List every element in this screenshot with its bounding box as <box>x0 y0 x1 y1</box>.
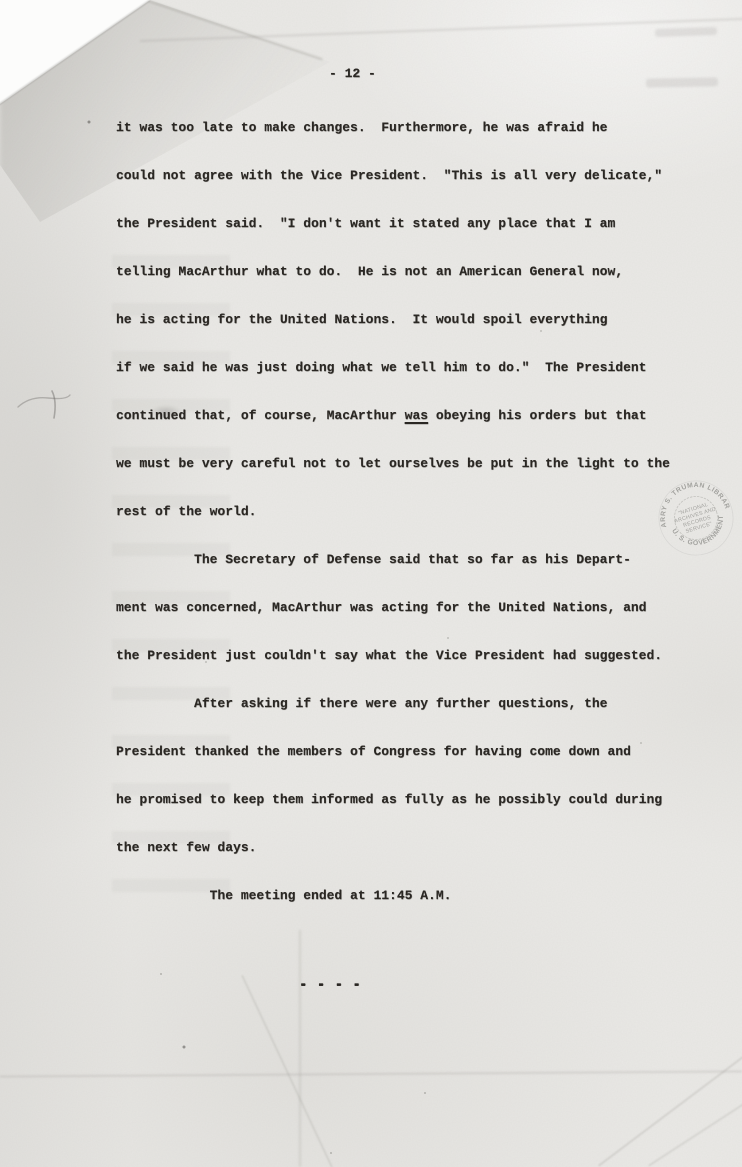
text-line: the next few days. <box>116 824 716 872</box>
crease-line <box>242 975 333 1167</box>
crease-line <box>299 930 301 1167</box>
text-line: the President just couldn't say what the… <box>116 632 716 680</box>
text-line: he promised to keep them informed as ful… <box>116 776 716 824</box>
ghost-smudge <box>646 77 718 87</box>
text-line: could not agree with the Vice President.… <box>116 152 716 200</box>
text-line: it was too late to make changes. Further… <box>116 104 716 152</box>
text-line: After asking if there were any further q… <box>116 680 716 728</box>
text-line: he is acting for the United Nations. It … <box>116 296 716 344</box>
paper-sheet: - 12 - it was too late to make changes. … <box>0 0 742 1167</box>
ink-smudge <box>150 405 182 420</box>
truman-library-stamp-icon: HARRY S. TRUMAN LIBRARY U. S. GOVERNMENT… <box>646 468 742 568</box>
scanned-document: - 12 - it was too late to make changes. … <box>0 0 742 1167</box>
crease-line <box>598 1055 742 1166</box>
page-number: - 12 - <box>329 66 376 81</box>
crease-line <box>648 1097 742 1166</box>
text-line: The Secretary of Defense said that so fa… <box>116 536 716 584</box>
text-line: continued that, of course, MacArthur was… <box>116 392 716 440</box>
text-line: The meeting ended at 11:45 A.M. <box>116 872 716 920</box>
text-line: we must be very careful not to let ourse… <box>116 440 716 488</box>
ghost-smudge <box>655 27 717 37</box>
text-line: President thanked the members of Congres… <box>116 728 716 776</box>
text-line: rest of the world. <box>116 488 716 536</box>
text-line: the President said. "I don't want it sta… <box>116 200 716 248</box>
text-line: telling MacArthur what to do. He is not … <box>116 248 716 296</box>
crease-line <box>0 1070 742 1077</box>
typewritten-lines: it was too late to make changes. Further… <box>116 104 716 920</box>
pencil-mark <box>14 383 86 429</box>
text-line: ment was concerned, MacArthur was acting… <box>116 584 716 632</box>
text-line: if we said he was just doing what we tel… <box>116 344 716 392</box>
underlined-word: was <box>405 408 428 423</box>
end-of-document-dashes: - - - - <box>299 977 361 993</box>
